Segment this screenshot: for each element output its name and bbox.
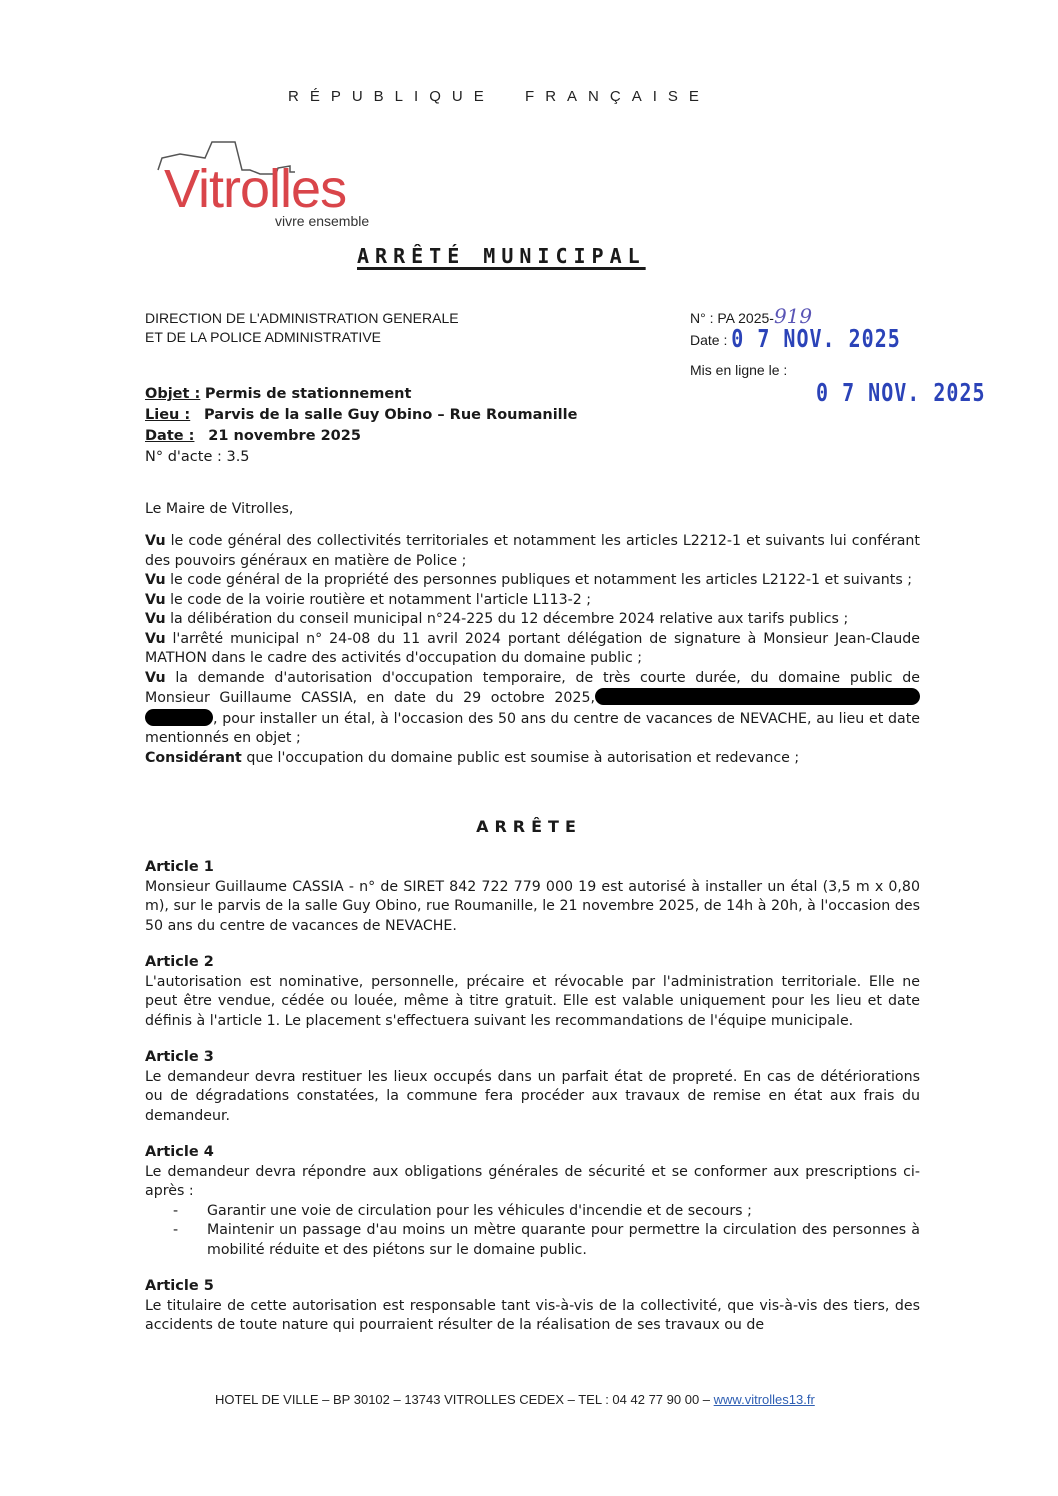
article-title: Article 4 bbox=[145, 1143, 920, 1163]
article-text: Le demandeur devra répondre aux obligati… bbox=[145, 1163, 920, 1202]
lieu-label: Lieu : bbox=[145, 407, 190, 423]
articles: Article 1 Monsieur Guillaume CASSIA - n°… bbox=[145, 858, 920, 1353]
vu-item: Vu le code de la voirie routière et nota… bbox=[145, 591, 920, 611]
article-list-item: Maintenir un passage d'au moins un mètre… bbox=[207, 1221, 920, 1260]
issuing-department: DIRECTION DE L'ADMINISTRATION GENERALE E… bbox=[145, 309, 459, 347]
department-line-1: DIRECTION DE L'ADMINISTRATION GENERALE bbox=[145, 309, 459, 328]
vu-item: Vu le code général de la propriété des p… bbox=[145, 571, 920, 591]
article-title: Article 1 bbox=[145, 858, 920, 878]
website-link[interactable]: www.vitrolles13.fr bbox=[714, 1392, 815, 1407]
article-text: L'autorisation est nominative, personnel… bbox=[145, 973, 920, 1032]
vu-item: Vu la délibération du conseil municipal … bbox=[145, 610, 920, 630]
considerant: Considérant que l'occupation du domaine … bbox=[145, 749, 920, 769]
footer: HOTEL DE VILLE – BP 30102 – 13743 VITROL… bbox=[215, 1392, 815, 1407]
department-line-2: ET DE LA POLICE ADMINISTRATIVE bbox=[145, 328, 459, 347]
mayor-intro: Le Maire de Vitrolles, bbox=[145, 500, 920, 520]
objet-value: Permis de stationnement bbox=[205, 386, 412, 402]
article-list-item: Garantir une voie de circulation pour le… bbox=[207, 1202, 920, 1222]
vu-item: Vu le code général des collectivités ter… bbox=[145, 532, 920, 571]
vu-item: Vu l'arrêté municipal n° 24-08 du 11 avr… bbox=[145, 630, 920, 669]
online-date-stamp: 0 7 NOV. 2025 bbox=[816, 377, 986, 407]
article: Article 4 Le demandeur devra répondre au… bbox=[145, 1143, 920, 1260]
document-title: ARRÊTÉ MUNICIPAL bbox=[357, 244, 646, 268]
preamble-considerations: Vu le code général des collectivités ter… bbox=[145, 532, 920, 768]
date-label: Date : bbox=[145, 428, 194, 444]
article: Article 5 Le titulaire de cette autorisa… bbox=[145, 1277, 920, 1336]
vu-demande: Vu la demande d'autorisation d'occupatio… bbox=[145, 669, 920, 749]
article: Article 2 L'autorisation est nominative,… bbox=[145, 953, 920, 1031]
arrete-heading: ARRÊTE bbox=[0, 817, 1058, 836]
article-title: Article 2 bbox=[145, 953, 920, 973]
article-text: Le demandeur devra restituer les lieux o… bbox=[145, 1068, 920, 1127]
online-label: Mis en ligne le : bbox=[690, 362, 787, 378]
article: Article 3 Le demandeur devra restituer l… bbox=[145, 1048, 920, 1126]
article-text: Le titulaire de cette autorisation est r… bbox=[145, 1297, 920, 1336]
redacted-block bbox=[145, 709, 213, 726]
article-text: Monsieur Guillaume CASSIA - n° de SIRET … bbox=[145, 878, 920, 937]
vitrolles-logo: Vitrolles vivre ensemble bbox=[150, 140, 400, 235]
redacted-block bbox=[595, 688, 920, 705]
logo-wordmark: Vitrolles bbox=[164, 162, 346, 216]
reference-block: N° : PA 2025-919 Date : 0 7 NOV. 2025 bbox=[690, 306, 901, 350]
acte-number: N° d'acte : 3.5 bbox=[145, 447, 577, 468]
article: Article 1 Monsieur Guillaume CASSIA - n°… bbox=[145, 858, 920, 936]
article-title: Article 3 bbox=[145, 1048, 920, 1068]
date-label: Date : bbox=[690, 332, 727, 348]
article-title: Article 5 bbox=[145, 1277, 920, 1297]
republique-francaise-heading: RÉPUBLIQUE FRANÇAISE bbox=[288, 88, 710, 105]
date-stamp: 0 7 NOV. 2025 bbox=[731, 326, 901, 351]
date-value: 21 novembre 2025 bbox=[208, 428, 361, 444]
objet-label: Objet : bbox=[145, 386, 200, 402]
lieu-value: Parvis de la salle Guy Obino – Rue Rouma… bbox=[204, 407, 577, 423]
footer-address: HOTEL DE VILLE – BP 30102 – 13743 VITROL… bbox=[215, 1392, 714, 1407]
logo-tagline: vivre ensemble bbox=[275, 213, 369, 229]
subject-block: Objet : Permis de stationnement Lieu : P… bbox=[145, 384, 577, 468]
